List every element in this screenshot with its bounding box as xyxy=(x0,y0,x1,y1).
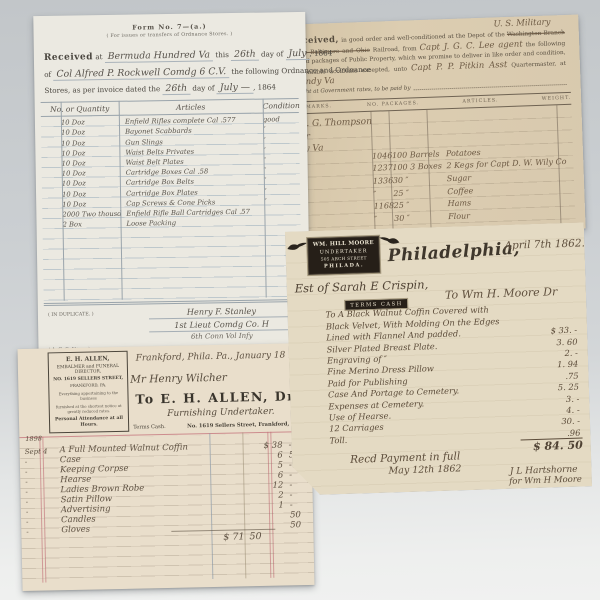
signature-unit: 6th Conn Vol Infy xyxy=(149,330,294,342)
allen-letterhead-box: E. H. ALLEN, EMBALMER and FUNERAL DIRECT… xyxy=(48,351,130,434)
letterhead-attendance-note: Personal Attendance at all Hours. xyxy=(52,416,126,429)
letterhead-note: Everything appertaining to the business xyxy=(51,390,125,402)
date-cell: Sept 4 xyxy=(20,447,56,456)
bird-flourish-icon xyxy=(286,241,308,253)
amount: 30. - xyxy=(526,416,584,428)
date-cell: - xyxy=(21,527,57,536)
us-military-handwritten-correction: U. S. Military xyxy=(493,17,550,29)
condition-cell: ″ xyxy=(264,186,300,195)
articles-cell: Flour xyxy=(432,208,575,222)
date-cell: - xyxy=(20,467,56,476)
table-body: 10 DozEnfield Rifles complete Cal .577go… xyxy=(41,113,302,301)
month-handwritten: July xyxy=(285,48,309,60)
year-label: 1898 xyxy=(25,435,42,443)
quantity-cell: 10 Doz xyxy=(61,138,119,147)
no-cell: 1168 xyxy=(374,202,392,212)
undertaker-label-box: WM. HILL MOORE UNDERTAKER 505 ARCH STREE… xyxy=(307,236,380,275)
no-cell: ″ xyxy=(374,214,392,224)
date-cell: - xyxy=(21,507,57,516)
packages-cell: 25 ″ xyxy=(391,188,431,198)
text-segment: day of xyxy=(190,83,217,92)
date-cell: - xyxy=(21,497,57,506)
text-segment: this xyxy=(213,50,231,59)
body-text: Quartermaster, at xyxy=(507,60,566,68)
payment-date: May 12th 1862 xyxy=(388,463,461,476)
table-body: 1046100 BarrelsPotatoes 1237100 3 Boxes2… xyxy=(273,105,575,233)
label-city: PHILADA. xyxy=(311,261,377,269)
packages-cell: 30 ″ xyxy=(391,175,431,185)
month-handwritten: July — xyxy=(217,82,253,95)
packages-cell: 100 Barrels xyxy=(390,149,430,159)
packages-cell: 100 3 Boxes xyxy=(390,162,430,172)
letterhead-title: EMBALMER and FUNERAL DIRECTOR, xyxy=(51,363,125,375)
ordnance-stores-table: No. or Quantity Articles Condition 10 Do… xyxy=(41,98,302,301)
from-name-handwritten: Capt J. G. C. Lee agent xyxy=(419,39,522,53)
text-segment: the following Ordnance and Ordnance xyxy=(229,64,371,75)
quantity-cell: 2000 Two thousd xyxy=(62,210,120,219)
place-handwritten: Bermuda Hundred Va xyxy=(105,49,214,63)
text-segment: of xyxy=(44,69,53,78)
received-line-3: Stores, as per invoice dated the 26th da… xyxy=(44,79,296,99)
text-segment: day of xyxy=(259,49,286,58)
packages-cell: 25 ″ xyxy=(392,200,432,210)
dollars-cell: $ 38 xyxy=(255,440,285,451)
total-dollars: $ 71 xyxy=(211,531,244,543)
customer-name: Mr Henry Wilcher xyxy=(130,372,227,386)
quantity-cell: 10 Doz xyxy=(61,149,119,158)
weight-column-header: WEIGHT. xyxy=(542,96,572,102)
invoice-rows: Sept 4A Full Mounted Walnut Coffin$ 38- … xyxy=(19,433,313,536)
invoice-date: April 7th 1862. xyxy=(504,237,585,252)
railroad-receipt-body: Received, in good order and well-conditi… xyxy=(289,28,567,89)
packages-column-header: PACKAGES. xyxy=(381,101,419,107)
condition-cell: ″ xyxy=(263,146,299,155)
letterhead-city: FRANKFORD, PA. xyxy=(51,382,125,389)
date-cell: - xyxy=(21,517,57,526)
terms-note: Terms Cash. xyxy=(133,424,166,431)
invoice-total: $ 84. 50 xyxy=(533,439,583,454)
city-script: Philadelphia, xyxy=(387,239,520,267)
signature-for-line: for Wm H Moore xyxy=(509,475,582,487)
packages-cell: 30 ″ xyxy=(392,213,432,223)
cents-cell: 50 xyxy=(287,510,313,521)
condition-column-header: Condition xyxy=(263,101,299,111)
dollars-cell xyxy=(257,530,287,531)
date-cell: - xyxy=(20,457,56,466)
quantity-column-header: No. or Quantity xyxy=(41,104,119,114)
no-column-header: NO. xyxy=(365,102,382,108)
condition-cell: ″ xyxy=(263,125,299,134)
dollars-cell: 5 xyxy=(256,460,286,471)
day-handwritten: 26th xyxy=(231,49,259,61)
date-cell: - xyxy=(20,477,56,486)
no-cell: ″ xyxy=(373,189,391,199)
street-address: No. 1619 Sellers Street, Frankford, Pa. xyxy=(187,421,300,429)
allen-invoice-document: E. H. ALLEN, EMBALMER and FUNERAL DIRECT… xyxy=(17,343,314,591)
invoice-dateline: Frankford, Phila. Pa., January 18 1899 xyxy=(136,350,312,364)
amount: $ 33. - xyxy=(523,325,581,337)
no-cell: 1237 xyxy=(372,164,390,174)
amount: 4. - xyxy=(526,404,584,416)
cents-cell: - xyxy=(287,500,313,511)
ordnance-form-document: Form No. 7—(a.) ( For issues or transfer… xyxy=(33,12,310,368)
debtor-line: To Wm H. Moore Dr xyxy=(445,285,558,302)
dollars-cell: 2 xyxy=(257,490,287,501)
condition-cell: ″ xyxy=(264,197,300,206)
quantity-cell: 10 Doz xyxy=(61,118,119,127)
text-segment: at xyxy=(93,52,105,61)
dollars-cell: 6 xyxy=(256,450,286,461)
articles-column-header: ARTICLES. xyxy=(419,97,542,106)
debtor-title: To E. H. ALLEN, Dr., xyxy=(128,388,312,407)
amount: .75 xyxy=(524,370,582,382)
amount: 1. 94 xyxy=(524,359,582,371)
quantity-cell: 10 Doz xyxy=(62,179,120,188)
amount: 5. 25 xyxy=(525,382,583,394)
amount: 2. - xyxy=(524,347,582,359)
invoice-items: To A Black Walnut Coffin Covered with Bl… xyxy=(325,301,584,446)
cents-cell: - xyxy=(287,490,313,501)
year-text: , 1864 xyxy=(253,82,276,91)
quantity-cell: 10 Doz xyxy=(62,159,120,168)
railroad-packages-table: MARKS. NO. PACKAGES. ARTICLES. WEIGHT. 1… xyxy=(273,92,575,234)
invoice-items-area: 1898 Sept 4A Full Mounted Walnut Coffin$… xyxy=(19,433,314,585)
signature-block: Henry F. Stanley 1st Lieut Comdg Co. H 6… xyxy=(149,304,295,342)
duplicate-note: ( IN DUPLICATE. ) xyxy=(48,312,94,318)
total-cents: 50 xyxy=(249,531,261,542)
body-text: Railroad, from xyxy=(370,46,420,54)
estate-name: Est of Sarah E Crispin, xyxy=(294,277,428,295)
letterhead-note: furnished at the shortest notice at grea… xyxy=(52,403,126,415)
amount: 3. - xyxy=(525,393,583,405)
condition-cell: ″ xyxy=(264,166,300,175)
year-text: , 1864 xyxy=(309,48,332,57)
condition-cell: ″ xyxy=(263,136,299,145)
quantity-cell: 10 Doz xyxy=(62,189,120,198)
quantity-cell: 10 Doz xyxy=(62,169,120,178)
letterhead-name: E. H. ALLEN, xyxy=(51,355,125,364)
dollars-cell: 1 xyxy=(257,500,287,511)
condition-cell: good xyxy=(263,115,299,124)
article-cell: Loose Packing xyxy=(120,218,264,228)
condition-cell: ″ xyxy=(264,176,300,185)
dollars-cell: 12 xyxy=(256,480,286,491)
no-cell: 1046 xyxy=(372,151,390,161)
articles-column-header: Articles xyxy=(119,102,263,113)
undertaker-subtitle: Furnishing Undertaker. xyxy=(129,406,313,420)
amount: 3. 60 xyxy=(523,336,581,348)
cents-cell: 50 xyxy=(287,520,313,531)
quantity-cell: 10 Doz xyxy=(61,128,119,137)
unto-name-handwritten: Capt P. P. Pitkin Asst xyxy=(411,60,508,73)
moore-invoice-document: WM. HILL MOORE UNDERTAKER 505 ARCH STREE… xyxy=(285,222,592,495)
quantity-cell: 2 Box xyxy=(62,220,120,229)
dollars-cell: 6 xyxy=(256,470,286,481)
photo-backdrop: U. S. Military Received, in good order a… xyxy=(0,0,600,600)
condition-cell xyxy=(265,225,301,226)
condition-cell: ″ xyxy=(263,156,299,165)
quantity-cell: 10 Doz xyxy=(62,200,120,209)
date-cell: - xyxy=(20,487,56,496)
no-cell: 1336 xyxy=(373,176,391,186)
text-segment: Stores, as per invoice dated the xyxy=(44,84,162,95)
text-segment: Received xyxy=(44,52,93,63)
received-paragraph: Received at Bermuda Hundred Va this 26th… xyxy=(44,46,297,99)
day-handwritten: 26th xyxy=(162,83,190,95)
officer-handwritten: Col Alfred P. Rockwell Comdg 6 C.V. xyxy=(53,66,229,81)
